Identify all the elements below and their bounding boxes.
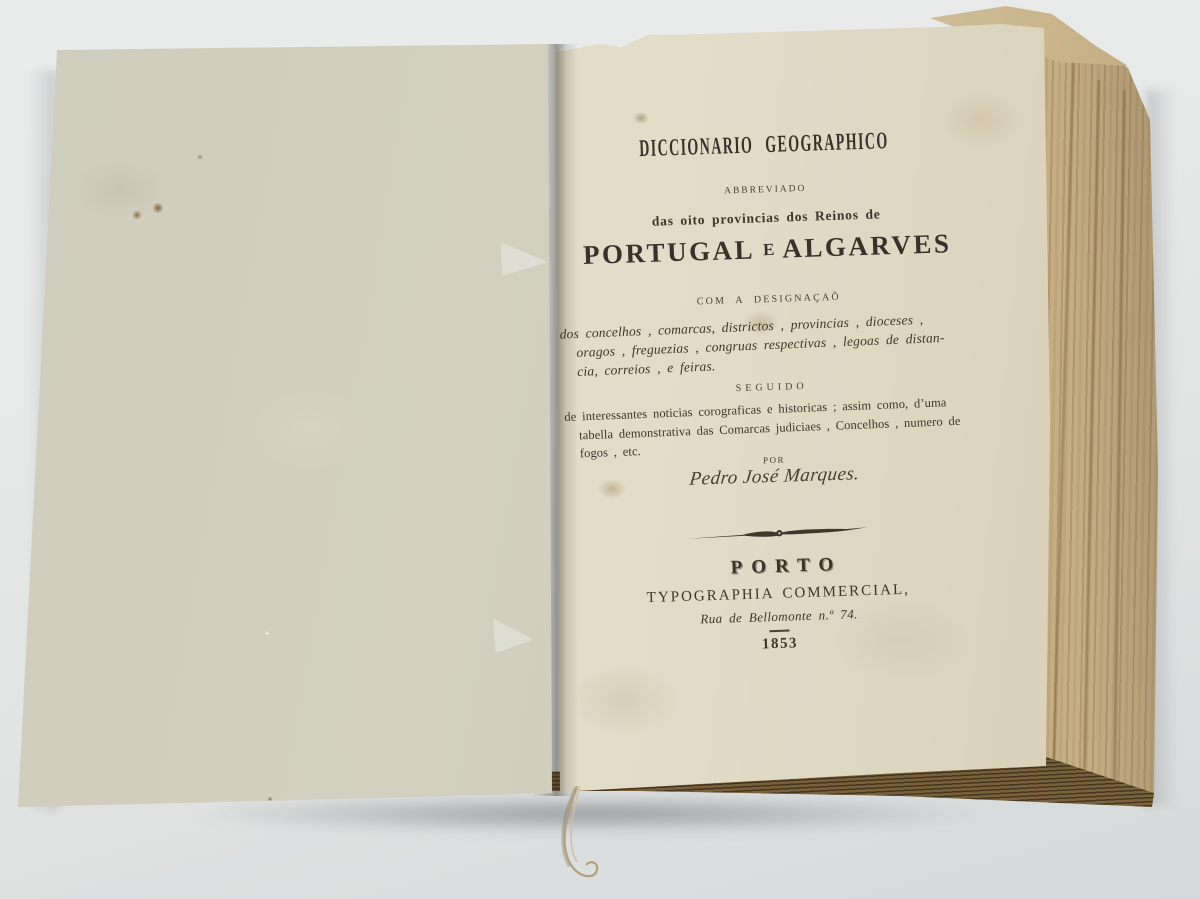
book-title-text: DICCIONARIO GEOGRAPHICO <box>639 128 889 163</box>
main-title-conjunction: E <box>763 240 775 259</box>
short-rule <box>769 630 789 633</box>
designation-line: COM A DESIGNAÇAÕ <box>553 287 985 312</box>
main-title-word1: PORTUGAL <box>583 234 756 270</box>
binding-thread-icon <box>540 768 650 893</box>
paper-emboss-mark <box>500 238 548 278</box>
imprint-year: 1853 <box>564 629 996 660</box>
paper-emboss-mark <box>492 615 534 655</box>
main-title-line: PORTUGALEALGARVES <box>551 227 984 272</box>
imprint-city: PORTO <box>561 549 1002 585</box>
swelled-rule-icon <box>684 523 869 543</box>
abbreviado-line: ABBREVIADO <box>549 178 981 202</box>
swelled-rule-ornament-icon <box>560 519 992 552</box>
contents-paragraph: dos concelhos , comarcas, districtos , p… <box>559 307 985 381</box>
main-title-word2: ALGARVES <box>782 228 952 263</box>
book-photo: DICCIONARIO GEOGRAPHICO ABBREVIADO das o… <box>0 0 1200 899</box>
title-page-text: DICCIONARIO GEOGRAPHICO ABBREVIADO das o… <box>547 121 996 675</box>
